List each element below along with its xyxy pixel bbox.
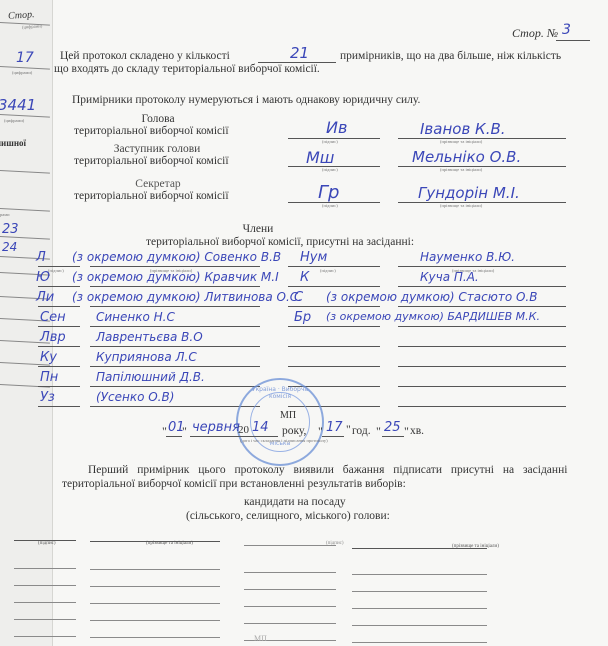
member-name-caption: (прізвище та ініціали) <box>452 268 494 273</box>
member-name: (з окремою думкою) Стасюто О.В <box>326 290 537 304</box>
head-role-commission: територіальної виборчої комісії <box>74 125 229 137</box>
date-month: червня <box>192 420 240 435</box>
page-number-label: Стор. № <box>512 26 558 41</box>
member-name-caption: (прізвище та ініціали) <box>150 268 192 273</box>
member-name: (з окремою думкою) Совенко В.В <box>72 250 281 264</box>
candidates-subtitle: (сільського, селищного, міського) голови… <box>186 510 390 522</box>
intro-line1-before: Цей протокол складено у кількості <box>60 50 230 62</box>
cand-sig-caption-right: (підпис) <box>326 541 344 546</box>
cand-name-caption-left: (прізвище та ініціали) <box>146 541 193 546</box>
date-minute: 25 <box>384 420 401 435</box>
date-minute-word: хв. <box>410 425 424 437</box>
prev-value-3: 23 <box>2 222 19 237</box>
head-name: Іванов К.В. <box>420 120 506 138</box>
member-signature: Л <box>36 250 46 265</box>
secretary-role: Секретар <box>108 178 208 190</box>
intro-line1-after: примірників, що на два більше, ніж кільк… <box>340 50 561 62</box>
copies-count: 21 <box>290 44 309 62</box>
stamp-place-label: МП <box>280 410 296 421</box>
date-caption: (дата і час складання і підписання прото… <box>240 438 328 443</box>
member-name: Папілюшний Д.В. <box>96 370 205 384</box>
members-title: Члени <box>228 223 288 235</box>
date-hour-word: год. <box>352 425 371 437</box>
prev-value-4: 24 <box>2 240 17 254</box>
member-signature: Пн <box>40 370 58 385</box>
member-signature: Нум <box>300 250 327 265</box>
head-signature: Ив <box>326 118 347 137</box>
member-signature: Ку <box>40 350 57 365</box>
prev-caption-4: рами <box>0 212 10 217</box>
deputy-sig-caption: (підпис) <box>322 167 338 172</box>
document-page: Стор. (цифрами) 17 (цифрами) 3441 (цифра… <box>0 0 608 646</box>
intro-line2: що входять до складу територіальної вибо… <box>54 63 320 75</box>
head-role: Голова <box>108 113 208 125</box>
official-stamp: Україна · Виборча комісія міська <box>236 378 324 466</box>
prev-value-2: 3441 <box>0 96 36 114</box>
secretary-name-caption: (прізвище та ініціали) <box>440 203 482 208</box>
date-year-word: року, <box>282 425 306 437</box>
deputy-role: Заступник голови <box>92 143 222 155</box>
member-name: (з окремою думкою) БАРДИШЕВ М.К. <box>326 310 540 323</box>
candidates-title: кандидати на посаду <box>244 496 346 508</box>
member-signature: Сен <box>40 310 66 325</box>
member-signature: Бр <box>294 310 311 325</box>
footer-stamp-label: МП <box>254 634 267 643</box>
member-name: Науменко В.Ю. <box>420 250 515 264</box>
member-sig-caption: (підпис) <box>320 268 336 273</box>
date-hour: 17 <box>326 420 343 435</box>
member-signature: Лвр <box>40 330 66 345</box>
member-sig-caption: (підпис) <box>48 268 64 273</box>
prev-value-1: 17 <box>16 50 34 66</box>
member-name: Лаврентьєва В.О <box>96 330 203 344</box>
secretary-name: Гундорін М.І. <box>418 184 520 202</box>
member-name: (Усенко О.В) <box>96 390 174 404</box>
prev-caption-3: (цифрами) <box>4 118 24 123</box>
member-signature: К <box>300 270 309 285</box>
prev-word: лишної <box>0 138 26 148</box>
deputy-signature: Мш <box>306 148 334 167</box>
prev-page-label: Стор. <box>8 9 35 22</box>
page-number-value: 3 <box>562 22 571 38</box>
head-name-caption: (прізвище та ініціали) <box>440 139 482 144</box>
secretary-signature: Гр <box>318 182 339 203</box>
date-year-prefix: 20 <box>238 424 249 436</box>
members-subtitle: територіальної виборчої комісії, присутн… <box>146 236 414 248</box>
member-name: (з окремою думкою) Литвинова О.С. <box>72 290 302 304</box>
member-signature: Ли <box>36 290 54 305</box>
deputy-name-caption: (прізвище та ініціали) <box>440 167 482 172</box>
secretary-sig-caption: (підпис) <box>322 203 338 208</box>
member-name: Синенко Н.С <box>96 310 175 324</box>
deputy-role-commission: територіальної виборчої комісії <box>74 155 229 167</box>
member-signature: С <box>294 290 303 305</box>
member-signature: Уз <box>40 390 55 405</box>
date-year: 14 <box>252 420 269 435</box>
member-name: Куприянова Л.С <box>96 350 197 364</box>
prev-caption-2: (цифрами) <box>12 70 32 75</box>
closing-para2: територіальної виборчої комісії при вста… <box>62 478 406 490</box>
secretary-role-commission: територіальної виборчої комісії <box>74 190 229 202</box>
cand-name-caption-right: (прізвище та ініціали) <box>452 544 499 549</box>
head-sig-caption: (підпис) <box>322 139 338 144</box>
cand-sig-caption-left: (підпис) <box>38 541 56 546</box>
intro-line3: Примірники протоколу нумеруються і мають… <box>72 94 420 106</box>
deputy-name: Мельніко О.В. <box>412 148 521 166</box>
closing-para1: Перший примірник цього протоколу виявили… <box>88 464 567 476</box>
